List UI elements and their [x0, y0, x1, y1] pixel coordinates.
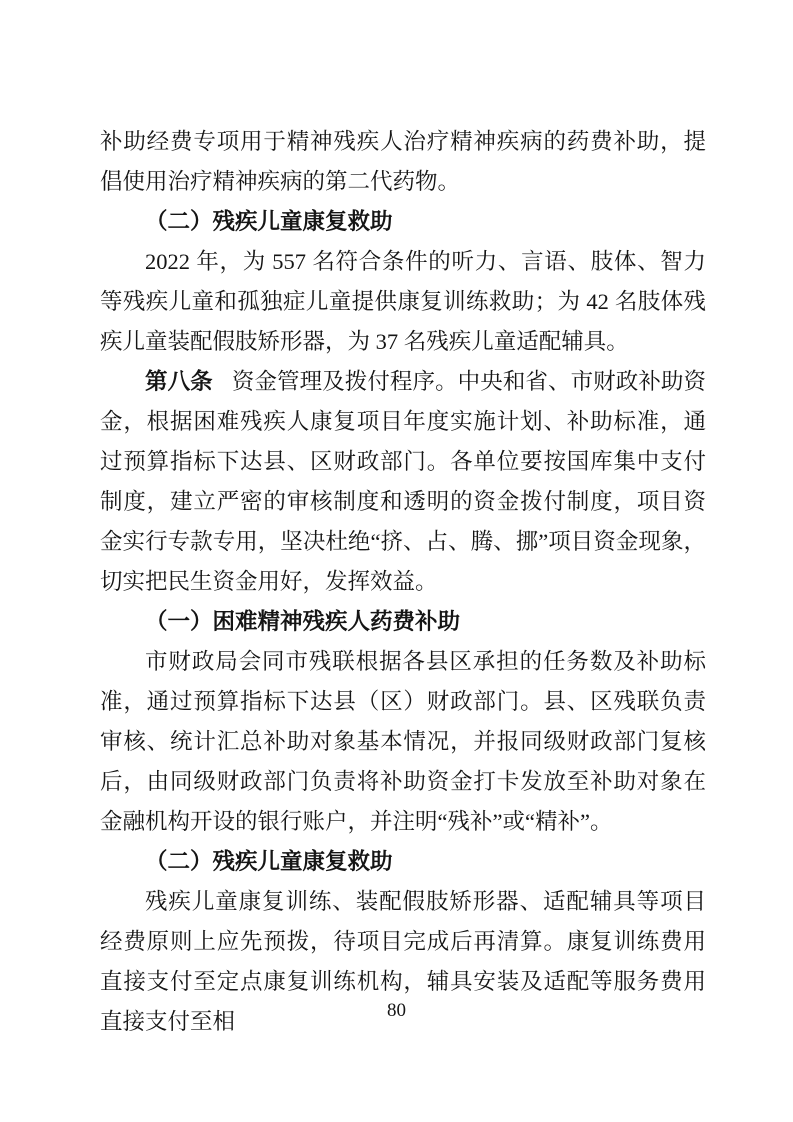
- page-number: 80: [0, 996, 793, 1026]
- article-number-label: 第八条: [145, 369, 232, 394]
- section-heading-1: （一）困难精神残疾人药费补助: [100, 602, 706, 642]
- paragraph-text: 资金管理及拨付程序。中央和省、市财政补助资金，根据困难残疾人康复项目年度实施计划…: [100, 369, 706, 594]
- section-heading-2-second: （二）残疾儿童康复救助: [100, 842, 706, 882]
- paragraph: 补助经费专项用于精神残疾人治疗精神疾病的药费补助，提倡使用治疗精神疾病的第二代药…: [100, 122, 706, 202]
- document-page: 补助经费专项用于精神残疾人治疗精神疾病的药费补助，提倡使用治疗精神疾病的第二代药…: [0, 0, 793, 1122]
- section-heading-2-first: （二）残疾儿童康复救助: [100, 202, 706, 242]
- paragraph-article-8: 第八条资金管理及拨付程序。中央和省、市财政补助资金，根据困难残疾人康复项目年度实…: [100, 362, 706, 602]
- document-body: 补助经费专项用于精神残疾人治疗精神疾病的药费补助，提倡使用治疗精神疾病的第二代药…: [100, 122, 706, 1042]
- paragraph: 2022 年，为 557 名符合条件的听力、言语、肢体、智力等残疾儿童和孤独症儿…: [100, 242, 706, 362]
- paragraph: 市财政局会同市残联根据各县区承担的任务数及补助标准，通过预算指标下达县（区）财政…: [100, 642, 706, 842]
